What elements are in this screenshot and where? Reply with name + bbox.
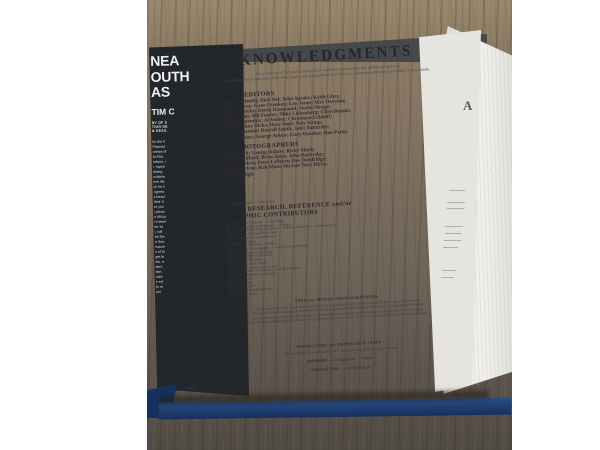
printers-label: PRINTERS <box>307 357 327 363</box>
page-number: Page 6 <box>183 386 196 391</box>
printers-value: — Colorgraphic — Durban <box>329 354 373 361</box>
typesetting-value: — Joy McDonald <box>341 364 370 371</box>
feature-photographers-names: John Dench; George Askew; Ricky Shick; A… <box>222 147 328 179</box>
book-photo: A NEA OUTH AS TIM C RY OF S TION DE N SE… <box>147 0 512 450</box>
next-page-heading-fragment: A <box>463 98 472 114</box>
artists-heading: ARTISTS <box>204 192 233 201</box>
contributors-list: Division of Sea Fisheries — Cape Town Oc… <box>226 217 340 297</box>
research-editors-names: Margaret Smith; Dick Nel; John Sprake; K… <box>221 93 353 141</box>
typesetting-label: TYPESETTING <box>311 365 340 372</box>
acknowledgments-content: ACKNOWLEDGMENTS The production of ‘Benea… <box>202 30 474 404</box>
